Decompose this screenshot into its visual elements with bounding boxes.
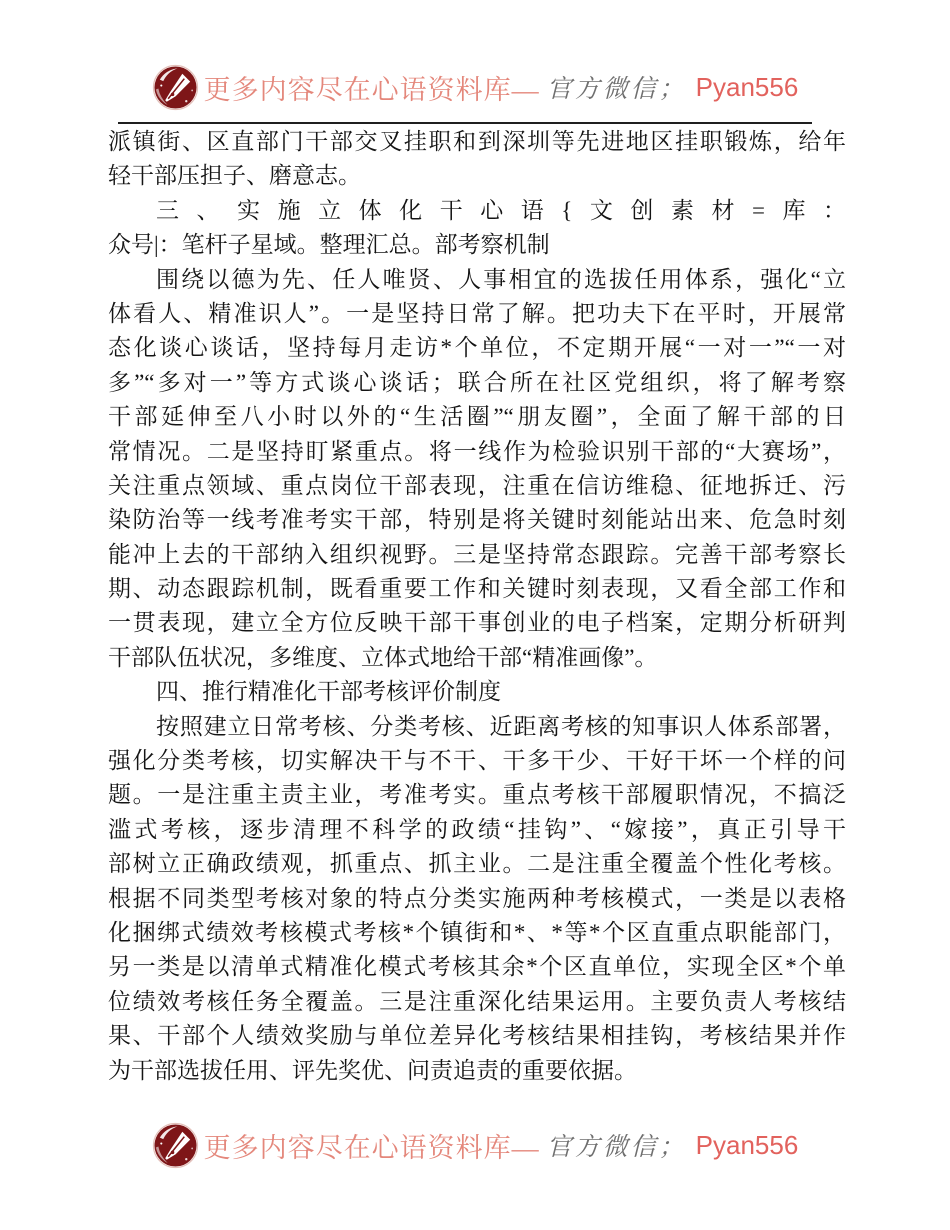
body-text-line: 干部延伸至八小时以外的“生活圈”“朋友圈”，全面了解干部的日 (108, 400, 846, 434)
body-text-line: 关注重点领域、重点岗位干部表现，注重在信访维稳、征地拆迁、污 (108, 469, 846, 503)
body-text-line: 题。一是注重主责主业，考准考实。重点考核干部履职情况，不搞泛 (108, 778, 846, 812)
body-text-line: 能冲上去的干部纳入组织视野。三是坚持常态跟踪。完善干部考察长 (108, 538, 846, 572)
header-wechat-label: 官方微信； (547, 69, 687, 105)
body-text-line: 位绩效考核任务全覆盖。三是注重深化结果运用。主要负责人考核结 (108, 985, 846, 1019)
body-text-line: 围绕以德为先、任人唯贤、人事相宜的选拔任用体系，强化“立 (108, 263, 846, 297)
body-text-line: 果、干部个人绩效奖励与单位差异化考核结果相挂钩，考核结果并作 (108, 1019, 846, 1053)
body-text-line: 滥式考核，逐步清理不科学的政绩“挂钩”、“嫁接”，真正引导干 (108, 813, 846, 847)
body-text-line: 干部队伍状况，多维度、立体式地给干部“精准画像”。 (108, 641, 846, 675)
body-text-line: 派镇街、区直部门干部交叉挂职和到深圳等先进地区挂职锻炼，给年 (108, 125, 846, 159)
header-divider-line (118, 122, 812, 124)
header-banner: 更多内容尽在心语资料库— 官方微信； Pyan556 (0, 61, 950, 113)
footer-wechat-label: 官方微信； (547, 1127, 687, 1163)
footer-banner: 更多内容尽在心语资料库— 官方微信； Pyan556 (0, 1119, 950, 1171)
footer-wechat-id: Pyan556 (696, 1130, 799, 1161)
body-text-line: 三、实施立体化干心语{文创素材=库：&https://www.xinyuwenc… (108, 194, 846, 228)
body-text-line: 常情况。二是坚持盯紧重点。将一线作为检验识别干部的“大赛场”， (108, 435, 846, 469)
body-text-line: 根据不同类型考核对象的特点分类实施两种考核模式，一类是以表格 (108, 882, 846, 916)
body-text-line: 众号|：笔杆子星域。整理汇总。部考察机制 (108, 228, 846, 262)
document-page: 更多内容尽在心语资料库— 官方微信； Pyan556 派镇街、区直部门干部交叉挂… (0, 0, 950, 1230)
body-text-line: 部树立正确政绩观，抓重点、抓主业。二是注重全覆盖个性化考核。 (108, 847, 846, 881)
body-text-line: 为干部选拔任用、评先奖优、问责追责的重要依据。 (108, 1054, 846, 1088)
body-text-line: 期、动态跟踪机制，既看重要工作和关键时刻表现，又看全部工作和 (108, 572, 846, 606)
pen-nib-logo-icon (152, 1122, 199, 1169)
body-text-line: 多”“多对一”等方式谈心谈话；联合所在社区党组织，将了解考察 (108, 366, 846, 400)
body-text-line: 体看人、精准识人”。一是坚持日常了解。把功夫下在平时，开展常 (108, 297, 846, 331)
body-text-line: 态化谈心谈话，坚持每月走访*个单位，不定期开展“一对一”“一对 (108, 331, 846, 365)
header-brand-text: 更多内容尽在心语资料库— (204, 68, 540, 107)
body-text-line: 四、推行精准化干部考核评价制度 (108, 675, 846, 709)
body-text-line: 按照建立日常考核、分类考核、近距离考核的知事识人体系部署， (108, 710, 846, 744)
document-text-block: 派镇街、区直部门干部交叉挂职和到深圳等先进地区挂职锻炼，给年轻干部压担子、磨意志… (108, 125, 846, 1088)
body-text-line: 轻干部压担子、磨意志。 (108, 159, 846, 193)
header-wechat-id: Pyan556 (696, 72, 799, 103)
body-text-line: 染防治等一线考准考实干部，特别是将关键时刻能站出来、危急时刻 (108, 503, 846, 537)
pen-nib-logo-icon (152, 64, 199, 111)
body-text-line: 强化分类考核，切实解决干与不干、干多干少、干好干坏一个样的问 (108, 744, 846, 778)
body-text-line: 另一类是以清单式精准化模式考核其余*个区直单位，实现全区*个单 (108, 950, 846, 984)
body-text-line: 一贯表现，建立全方位反映干部干事创业的电子档案，定期分析研判 (108, 606, 846, 640)
body-text-line: 化捆绑式绩效考核模式考核*个镇街和*、*等*个区直重点职能部门， (108, 916, 846, 950)
footer-brand-text: 更多内容尽在心语资料库— (204, 1126, 540, 1165)
